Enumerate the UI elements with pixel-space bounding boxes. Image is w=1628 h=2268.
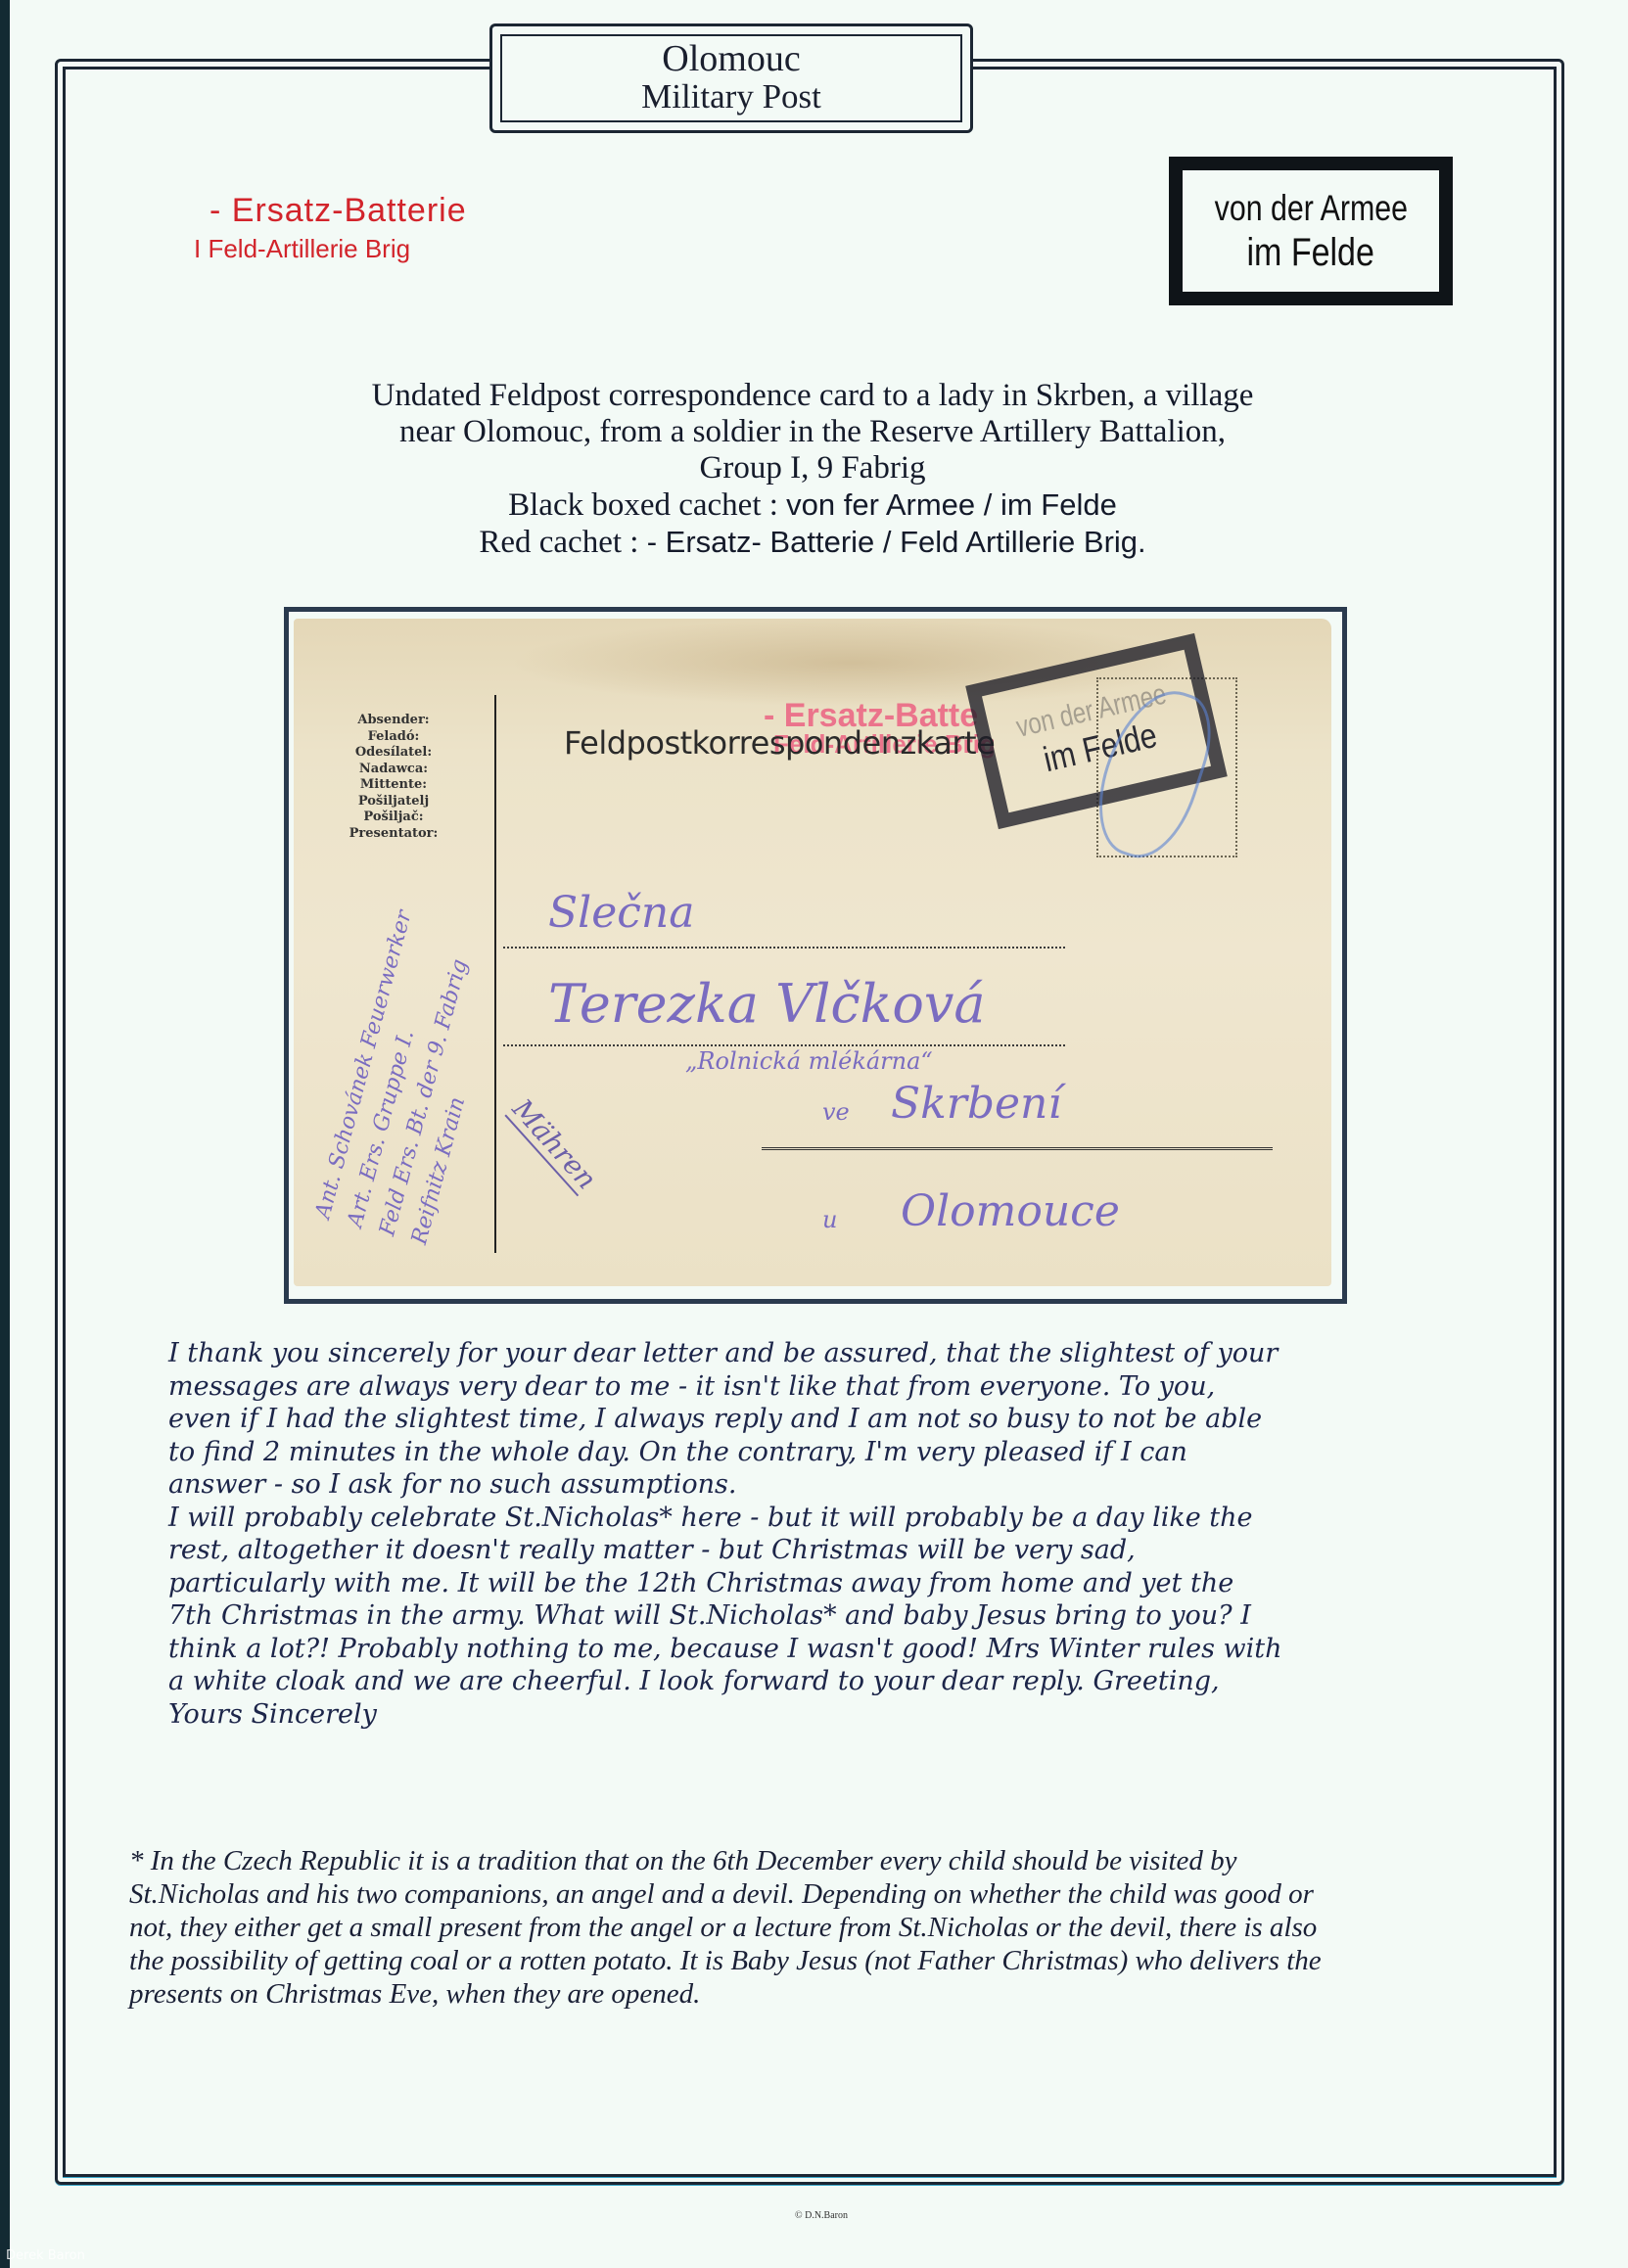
description-line: Undated Feldpost correspondence card to … [196,378,1429,414]
black-cachet-line2: im Felde [1247,230,1374,275]
footnote-line: * In the Czech Republic it is a traditio… [129,1844,1500,1877]
copyright: © D.N.Baron [795,2210,848,2221]
letter-line: rest, altogether it doesn't really matte… [168,1534,1500,1567]
red-cachet-caption: Red cachet : - Ersatz- Batterie / Feld A… [196,524,1429,561]
caption-value: - Ersatz- Batterie / Feld Artillerie Bri… [647,525,1146,559]
scan-edge [0,0,10,2268]
sender-label: Feladó: [335,729,452,746]
title-box: Olomouc Military Post [489,23,973,133]
letter-line: think a lot?! Probably nothing to me, be… [168,1633,1500,1666]
sender-label: Nadawca: [335,762,452,778]
address-city: Olomouce [901,1186,1120,1236]
black-cachet-illustration: von der Armee im Felde [1169,157,1453,305]
address-line [762,1147,1273,1150]
address-business: „Rolnická mlékárna“ [685,1047,933,1075]
address-name: Terezka Vlčková [548,973,986,1035]
caption-label: Red cachet : [479,525,646,560]
description-line: Group I, 9 Fabrig [196,450,1429,486]
watermark: Derek Baron [6,2248,85,2263]
caption-value: von fer Armee / im Felde [786,487,1117,522]
sender-label: Mittente: [335,777,452,794]
address-line [503,947,1065,949]
letter-line: I thank you sincerely for your dear lett… [168,1337,1500,1370]
page-title: Olomouc [662,40,800,77]
letter-translation: I thank you sincerely for your dear lett… [168,1337,1500,1731]
address-prefix-town: ve [822,1098,850,1126]
letter-line: Yours Sincerely [168,1698,1500,1732]
sender-label: Absender: [335,713,452,729]
red-cachet-line2: I Feld-Artillerie Brig [194,234,467,264]
card-printed-title: Feldpostkorrespondenzkarte [564,724,995,762]
footnote-line: not, they either get a small present fro… [129,1911,1500,1944]
caption-label: Black boxed cachet : [508,487,786,523]
letter-line: to find 2 minutes in the whole day. On t… [168,1436,1500,1469]
description: Undated Feldpost correspondence card to … [196,378,1429,561]
address-salutation: Slečna [548,888,694,938]
black-cachet-line1: von der Armee [1214,187,1407,230]
black-cachet-caption: Black boxed cachet : von fer Armee / im … [196,486,1429,524]
letter-line: 7th Christmas in the army. What will St.… [168,1599,1500,1633]
address-town: Skrbení [891,1079,1061,1129]
sender-label: Pošiljatelj [335,794,452,810]
red-cachet-illustration: - Ersatz-Batterie I Feld-Artillerie Brig [194,192,467,264]
address-line [503,1044,1065,1046]
letter-line: a white cloak and we are cheerful. I loo… [168,1665,1500,1698]
feldpost-card: Absender: Feladó: Odesílatel: Nadawca: M… [294,619,1331,1286]
footnote: * In the Czech Republic it is a traditio… [129,1844,1500,2011]
letter-line: messages are always very dear to me - it… [168,1370,1500,1404]
red-cachet-line1: - Ersatz-Batterie [209,192,467,230]
letter-line: particularly with me. It will be the 12t… [168,1567,1500,1600]
description-line: near Olomouc, from a soldier in the Rese… [196,414,1429,450]
address-prefix-city: u [822,1206,837,1233]
letter-line: I will probably celebrate St.Nicholas* h… [168,1502,1500,1535]
address-region: Mähren [504,1092,603,1196]
footnote-line: the possibility of getting coal or a rot… [129,1944,1500,1977]
footnote-line: St.Nicholas and his two companions, an a… [129,1877,1500,1911]
footnote-line: presents on Christmas Eve, when they are… [129,1977,1500,2011]
letter-line: even if I had the slightest time, I alwa… [168,1403,1500,1436]
sender-handwritten: Ant. Schovánek Feuerwerker Art. Ers. Gru… [307,808,545,1249]
letter-line: answer - so I ask for no such assumption… [168,1468,1500,1502]
sender-label: Odesílatel: [335,745,452,762]
page-subtitle: Military Post [641,77,821,116]
